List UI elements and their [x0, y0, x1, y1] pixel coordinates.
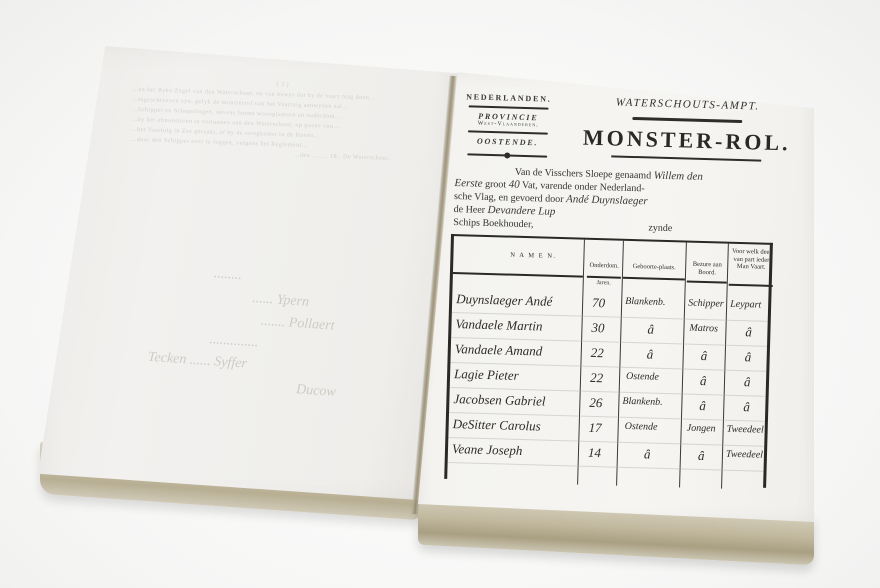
- document-title: MONSTER-ROL.: [571, 124, 802, 156]
- cell-name: Vandaele Amand: [455, 341, 543, 359]
- cell-share: â: [744, 349, 751, 365]
- cell-share: Leypart: [730, 299, 761, 311]
- cell-birthplace: â: [647, 321, 654, 337]
- divider: [468, 130, 548, 134]
- cell-age: 22: [590, 370, 603, 386]
- table-header: N A M E N. Onderdom. Jaren. Geboorte-pla…: [453, 236, 770, 297]
- cell-age: 17: [588, 420, 601, 436]
- cell-birthplace: â: [644, 446, 651, 462]
- cell-birthplace: Blankenb.: [622, 396, 663, 408]
- owner-name: Devandere Lup: [487, 204, 555, 218]
- cell-share: Tweedeel: [726, 449, 763, 461]
- divider: [623, 277, 685, 280]
- divider: [453, 272, 583, 277]
- ornament-divider: [467, 153, 547, 157]
- crew-table: N A M E N. Onderdom. Jaren. Geboorte-pla…: [444, 234, 773, 488]
- cell-function: Jongen: [687, 423, 716, 435]
- divider: [587, 276, 621, 278]
- header-age-unit: Jaren.: [587, 280, 621, 287]
- cell-function: Matros: [689, 323, 718, 335]
- header-birthplace: Geboorte-plaats.: [623, 263, 685, 272]
- cell-function: â: [700, 373, 707, 389]
- divider: [611, 155, 761, 161]
- cell-age: 30: [591, 320, 604, 336]
- cell-function: â: [699, 398, 706, 414]
- cell-function: Schipper: [688, 298, 724, 310]
- city-label: OOSTENDE.: [454, 136, 562, 148]
- table-body: Duynslaeger Andé 70 Blankenb. Schipper L…: [448, 288, 769, 472]
- cell-name: Jacobsen Gabriel: [453, 391, 545, 410]
- divider: [687, 281, 727, 284]
- country-label: NEDERLANDEN.: [455, 92, 563, 104]
- cell-function: â: [698, 448, 705, 464]
- cell-birthplace: â: [647, 346, 654, 362]
- skipper-name: Andé Duynslaeger: [566, 193, 648, 207]
- cell-name: Duynslaeger Andé: [456, 291, 553, 310]
- header-age: Onderdom.: [587, 262, 621, 270]
- header-function: Bezure aan Boord.: [687, 261, 727, 277]
- vessel-size: 40: [508, 179, 519, 191]
- cell-age: 22: [591, 345, 604, 361]
- header-share: Voor welk deel van part ieder Man Vaart.: [729, 248, 774, 272]
- text: Schips Boekhouder,: [453, 217, 533, 230]
- cell-name: Vandaele Martin: [455, 316, 542, 334]
- cell-share: â: [743, 399, 750, 415]
- header-names: N A M E N.: [493, 251, 573, 261]
- cell-function: â: [701, 348, 708, 364]
- cell-name: Veane Joseph: [452, 441, 523, 459]
- text: zynde: [648, 222, 672, 234]
- text: de Heer: [454, 204, 486, 216]
- header-title-block: WATERSCHOUTS-AMPT. MONSTER-ROL.: [571, 95, 803, 166]
- vessel-name: Willem den: [653, 170, 703, 183]
- text: groot: [485, 179, 506, 191]
- cell-name: DeSitter Carolus: [453, 416, 541, 434]
- vessel-name-cont: Eerste: [454, 177, 482, 190]
- cell-share: â: [744, 374, 751, 390]
- cell-share: â: [745, 324, 752, 340]
- cell-age: 70: [592, 295, 605, 311]
- muster-roll-form: NEDERLANDEN. PROVINCIE West-Vlaanderen. …: [444, 92, 815, 502]
- header-locale-block: NEDERLANDEN. PROVINCIE West-Vlaanderen. …: [453, 92, 563, 162]
- left-page-bleed-through-text: ( 3 ) ...en het Ryks-Zegel van den Water…: [127, 75, 433, 255]
- cell-share: Tweedeel: [727, 424, 764, 436]
- vessel-description: Van de Visschers Sloepe genaamd Willem d…: [513, 166, 805, 239]
- cell-birthplace: Ostende: [625, 421, 658, 433]
- divider: [729, 284, 773, 287]
- ornament-divider: [632, 117, 742, 123]
- cell-age: 26: [589, 395, 602, 411]
- cell-name: Lagie Pieter: [454, 366, 519, 384]
- cell-birthplace: Ostende: [626, 371, 659, 383]
- cell-birthplace: Blankenb.: [625, 296, 666, 308]
- left-page-faded-handwriting: ........ ...... Ypern ....... Pollaert .…: [206, 263, 415, 407]
- cell-age: 14: [588, 445, 601, 461]
- divider: [469, 105, 549, 109]
